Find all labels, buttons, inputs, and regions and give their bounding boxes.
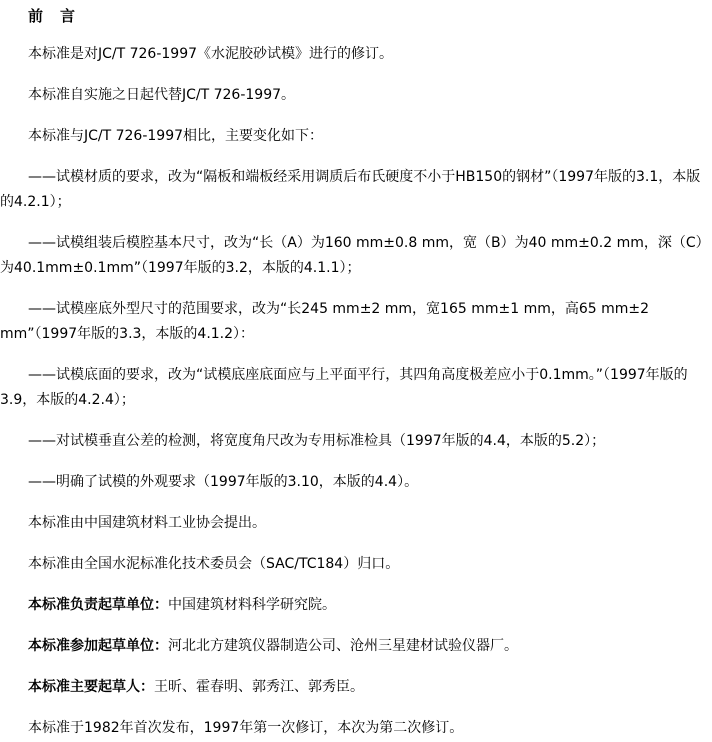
para-chief-drafting-org: 本标准负责起草单位：中国建筑材料科学研究院。 (0, 593, 712, 618)
para-participating-orgs: 本标准参加起草单位：河北北方建筑仪器制造公司、沧州三星建材试验仪器厂。 (0, 634, 712, 659)
main-drafters-label: 本标准主要起草人： (28, 679, 154, 695)
chief-drafting-org-label: 本标准负责起草单位： (28, 597, 168, 613)
chief-drafting-org-value: 中国建筑材料科学研究院。 (168, 597, 336, 613)
change-item-base-size: ——试模座底外型尺寸的范围要求，改为“长245 mm±2 mm，宽165 mm±… (0, 297, 712, 347)
para-main-drafters: 本标准主要起草人：王昕、霍春明、郭秀江、郭秀臣。 (0, 675, 712, 700)
foreword-title: 前 言 (0, 6, 712, 26)
change-item-bottom-face: ——试模底面的要求，改为“试模底座底面应与上平面平行，其四角高度极差应小于0.1… (0, 363, 712, 413)
para-proposed-by: 本标准由中国建筑材料工业协会提出。 (0, 511, 712, 536)
para-revision-basis: 本标准是对JC/T 726-1997《水泥胶砂试模》进行的修订。 (0, 42, 712, 67)
para-changes-intro: 本标准与JC/T 726-1997相比，主要变化如下： (0, 124, 712, 149)
para-centralized-by: 本标准由全国水泥标准化技术委员会（SAC/TC184）归口。 (0, 552, 712, 577)
change-item-appearance: ——明确了试模的外观要求（1997年版的3.10，本版的4.4）。 (0, 470, 712, 495)
para-history: 本标准于1982年首次发布，1997年第一次修订，本次为第二次修订。 (0, 716, 712, 741)
change-item-perpendicularity-check: ——对试模垂直公差的检测，将宽度角尺改为专用标准检具（1997年版的4.4，本版… (0, 429, 712, 454)
participating-orgs-label: 本标准参加起草单位： (28, 638, 168, 654)
main-drafters-value: 王昕、霍春明、郭秀江、郭秀臣。 (154, 679, 364, 695)
change-item-cavity-size: ——试模组装后模腔基本尺寸，改为“长（A）为160 mm±0.8 mm，宽（B）… (0, 231, 712, 281)
participating-orgs-value: 河北北方建筑仪器制造公司、沧州三星建材试验仪器厂。 (168, 638, 518, 654)
para-replacement: 本标准自实施之日起代替JC/T 726-1997。 (0, 83, 712, 108)
foreword-document: 前 言 本标准是对JC/T 726-1997《水泥胶砂试模》进行的修订。 本标准… (0, 6, 712, 741)
change-item-material: ——试模材质的要求，改为“隔板和端板经采用调质后布氏硬度不小于HB150的钢材”… (0, 165, 712, 215)
